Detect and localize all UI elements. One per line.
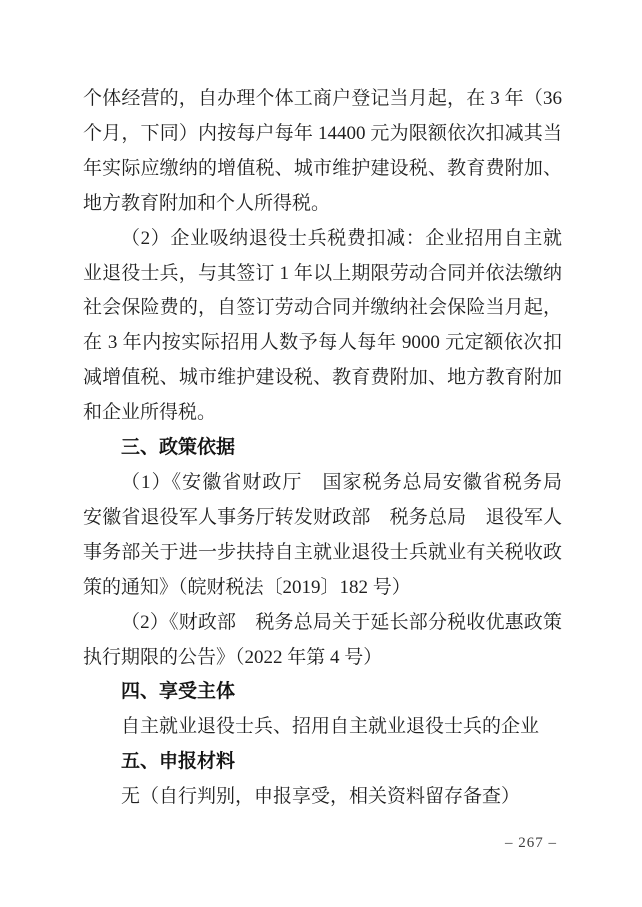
paragraph-tax-deduction-enterprise: （2）企业吸纳退役士兵税费扣减：企业招用自主就业退役士兵，与其签订 1 年以上期…: [83, 222, 562, 431]
section-heading-policy-basis: 三、政策依据: [83, 431, 562, 466]
paragraph-filing-materials: 无（自行判别，申报享受，相关资料留存备查）: [83, 780, 562, 815]
paragraph-policy-reference-2: （2）《财政部 税务总局关于延长部分税收优惠政策执行期限的公告》（2022 年第…: [83, 606, 562, 676]
paragraph-eligible-subjects: 自主就业退役士兵、招用自主就业退役士兵的企业: [83, 710, 562, 745]
document-page: 个体经营的，自办理个体工商户登记当月起，在 3 年（36 个月，下同）内按每户每…: [0, 0, 642, 907]
paragraph-tax-deduction-individual: 个体经营的，自办理个体工商户登记当月起，在 3 年（36 个月，下同）内按每户每…: [83, 82, 562, 222]
paragraph-policy-reference-1: （1）《安徽省财政厅 国家税务总局安徽省税务局 安徽省退役军人事务厅转发财政部 …: [83, 466, 562, 606]
section-heading-eligible-subjects: 四、享受主体: [83, 675, 562, 710]
page-number: – 267 –: [505, 834, 557, 852]
section-heading-filing-materials: 五、申报材料: [83, 745, 562, 780]
document-body: 个体经营的，自办理个体工商户登记当月起，在 3 年（36 个月，下同）内按每户每…: [83, 82, 562, 815]
